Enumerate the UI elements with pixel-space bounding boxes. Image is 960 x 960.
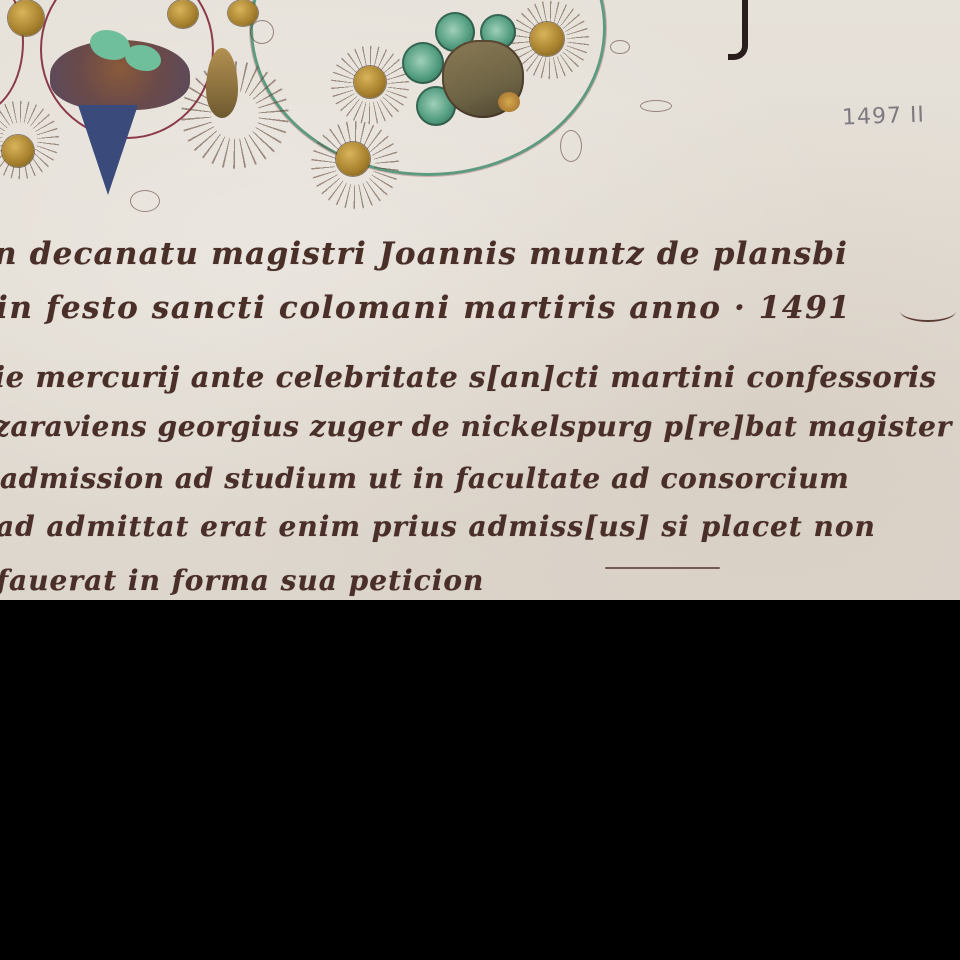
line-filler-rule xyxy=(605,567,720,569)
text-line-6: ad admittat erat enim prius admiss[us] s… xyxy=(0,510,876,543)
black-fill-region xyxy=(0,600,960,960)
text-line-2: in festo sancti colomani martiris anno ·… xyxy=(0,290,851,326)
manuscript-page: 1497 II n decanatu magistri Joannis munt… xyxy=(0,0,960,600)
text-line-4: zaraviens georgius zuger de nickelspurg … xyxy=(0,410,952,443)
text-line-7: fauerat in forma sua peticion xyxy=(0,564,484,597)
line-end-swash xyxy=(900,300,956,322)
text-line-1: n decanatu magistri Joannis muntz de pla… xyxy=(0,236,848,272)
text-line-3: ie mercurij ante celebritate s[an]cti ma… xyxy=(0,360,937,394)
text-line-5: admission ad studium ut in facultate ad … xyxy=(0,462,849,495)
manuscript-text: n decanatu magistri Joannis muntz de pla… xyxy=(0,0,960,600)
